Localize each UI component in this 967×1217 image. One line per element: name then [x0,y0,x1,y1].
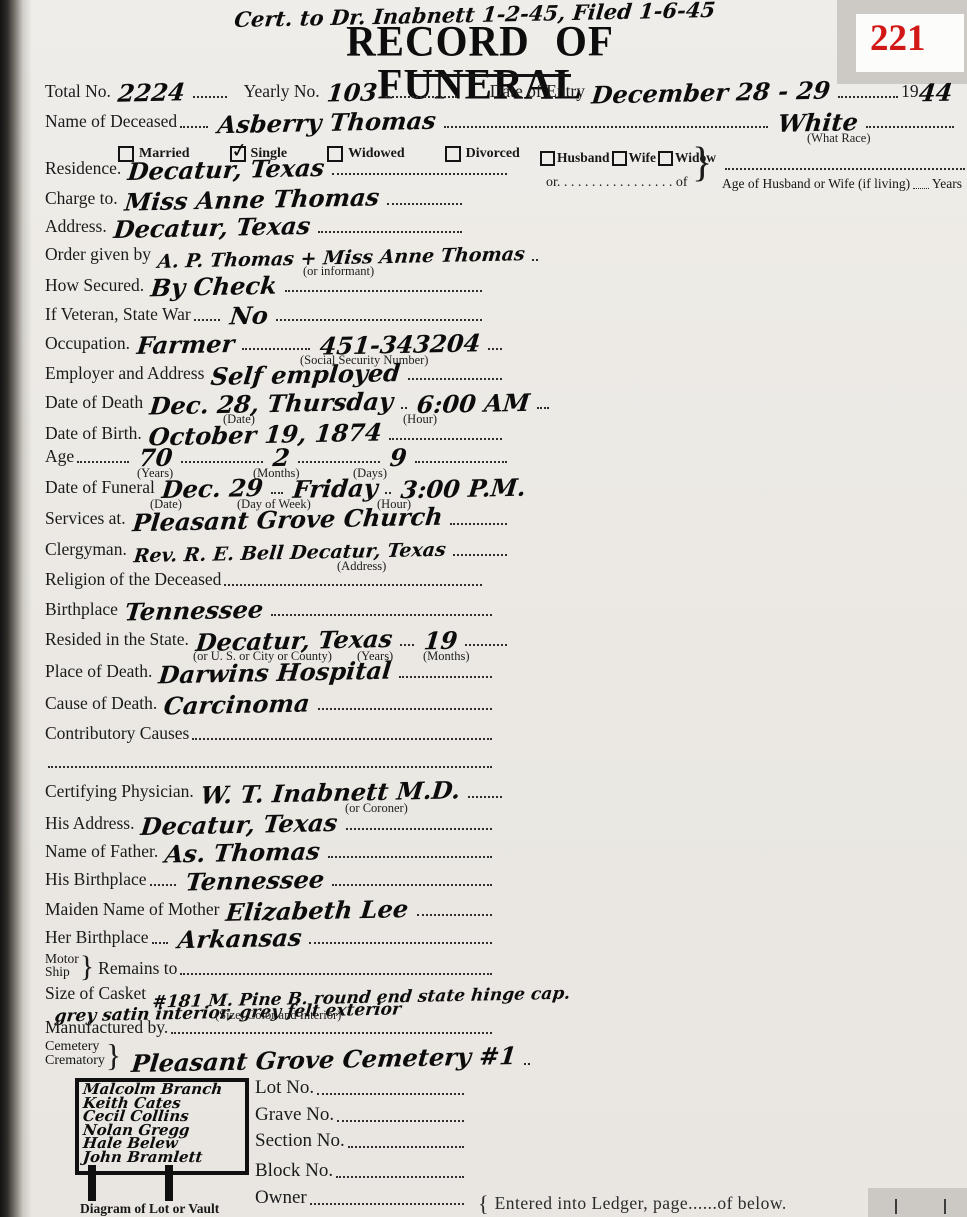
row-residence: Residence. Decatur, Texas [45,155,510,181]
age-label: Age [45,446,74,469]
section-no-label: Section No. [255,1130,345,1154]
birthplace-value: Tennessee [124,598,265,625]
row-continuation-line [45,748,495,774]
leader-dots [415,461,507,463]
cemetery-value: Pleasant Grove Cemetery #1 [131,1044,518,1076]
lot-no-label: Lot No. [255,1077,314,1101]
ledger-brace: { [478,1193,489,1215]
leader-dots [913,188,929,189]
row-occupation: Occupation. Farmer 451-343204 (Social Se… [45,330,505,356]
leader-dots [399,676,492,678]
row-section-no: Section No. [255,1128,467,1154]
date-of-funeral-label: Date of Funeral [45,477,155,500]
name-of-deceased-value: Asberry Thomas [217,109,438,138]
leader-dots [336,1176,464,1178]
place-of-death-value: Darwins Hospital [158,659,393,688]
cemetery-brace: } [106,1042,121,1069]
row-mother: Maiden Name of Mother Elizabeth Lee [45,896,495,922]
row-place-of-death: Place of Death. Darwins Hospital [45,658,495,684]
clergyman-value: Rev. R. E. Bell Decatur, Texas [132,541,446,567]
leader-dots [348,1146,464,1148]
leader-dots [385,96,457,98]
leader-dots [192,738,492,740]
row-block-no: Block No. [255,1158,467,1184]
employer-label: Employer and Address [45,363,204,386]
diagram-leg-left [88,1165,96,1201]
leader-dots [318,231,462,233]
mother-label: Maiden Name of Mother [45,899,219,922]
casket-label: Size of Casket [45,983,146,1006]
cemetery-label: Cemetery [45,1040,105,1054]
his-address-value: Decatur, Texas [140,811,339,839]
yearly-no-value: 103 [325,80,378,105]
crematory-label: Crematory [45,1054,105,1068]
how-secured-value: By Check [150,274,278,301]
leader-dots [400,644,414,646]
husband-checkbox [540,151,555,166]
row-cause-of-death: Cause of Death. Carcinoma [45,690,495,716]
order-given-by-label: Order given by [45,244,151,267]
diagram-name: John Bramlett [82,1151,241,1165]
leader-dots [328,856,492,858]
leader-dots [465,644,507,646]
leader-dots [181,461,264,463]
wife-checkbox [612,151,627,166]
row-father-birthplace: His Birthplace Tennessee [45,866,495,892]
leader-dots [332,884,492,886]
row-date-of-death: Date of Death Dec. 28, Thursday 6:00 AM … [45,389,505,415]
leader-dots [317,1093,464,1095]
leader-dots [285,290,482,292]
year-prefix: 19 [901,81,919,104]
date-of-entry-value: December 28 - 29 [591,79,832,108]
leader-dots [309,942,492,944]
motor-ship-stack: Motor Ship [45,952,79,981]
date-of-death-value: Dec. 28, Thursday [149,389,395,418]
scan-tick [944,1199,946,1214]
row-his-address: His Address. Decatur, Texas [45,810,495,836]
row-order-given-by: Order given by A. P. Thomas + Miss Anne … [45,241,505,267]
services-at-label: Services at. [45,508,126,531]
leader-dots [150,884,176,886]
birthplace-label: Birthplace [45,599,118,622]
leader-dots [318,708,492,710]
charge-to-label: Charge to. [45,188,118,211]
husband-label: Husband [557,150,610,166]
spouse-age-label: Age of Husband or Wife (if living) [722,176,910,192]
block-no-label: Block No. [255,1160,333,1184]
services-at-value: Pleasant Grove Church [131,505,444,535]
row-mother-birthplace: Her Birthplace Arkansas [45,924,495,950]
remains-to-label: Remains to [98,958,177,981]
ledger-text: Entered into Ledger, page......of below. [495,1193,787,1214]
remains-brace: } [80,954,94,980]
employer-value: Self employed [210,361,402,389]
row-religion: Religion of the Deceased [45,566,485,592]
leader-dots [387,203,462,205]
leader-dots [537,407,549,409]
leader-dots [346,828,492,830]
row-veteran: If Veteran, State War No [45,301,485,327]
veteran-label: If Veteran, State War [45,304,191,327]
clergyman-label: Clergyman. [45,539,127,562]
religion-label: Religion of the Deceased [45,569,221,592]
leader-dots [194,319,220,321]
row-father: Name of Father. As. Thomas [45,838,495,864]
spouse-years-label: Years [932,176,962,192]
total-no-label: Total No. [45,81,111,104]
row-date-of-funeral: Date of Funeral Dec. 29 Friday 3:00 P.M.… [45,474,510,500]
leader-dots [77,461,129,463]
address-value: Decatur, Texas [112,214,311,242]
total-no-value: 2224 [117,80,186,105]
date-of-entry-label: Date of Entry [490,81,585,104]
residence-label: Residence. [45,158,121,181]
row-owner: Owner [255,1185,467,1211]
leader-dots [193,96,227,98]
row-physician: Certifying Physician. W. T. Inabnett M.D… [45,778,505,804]
leader-dots [468,796,502,798]
title-underline [413,74,571,77]
row-total-no: Total No. 2224 Yearly No. 103 Date of En… [45,78,957,104]
leader-dots [180,973,492,975]
leader-dots [389,438,502,440]
diagram-of-lot-box: Malcolm Branch Keith Cates Cecil Collins… [75,1078,249,1175]
row-address: Address. Decatur, Texas [45,213,465,239]
ledger-note: { Entered into Ledger, page......of belo… [478,1193,787,1215]
funeral-record-page: Cert. to Dr. Inabnett 1-2-45, Filed 1-6-… [0,0,967,1217]
charge-to-value: Miss Anne Thomas [123,185,380,214]
residence-value: Decatur, Texas [127,156,326,184]
row-age: Age 70 2 9 (Years) (Months) (Days) [45,443,510,469]
physician-value: W. T. Inabnett M.D. [199,778,461,807]
row-resided: Resided in the State. Decatur, Texas 19 … [45,626,510,652]
age-days-value: 9 [389,446,408,470]
race-sublabel: (What Race) [807,131,871,146]
diagram-leg-right [165,1165,173,1201]
leader-dots [48,766,492,768]
year-value: 44 [917,81,953,106]
leader-dots [337,1120,464,1122]
occupation-value: Farmer [136,332,236,358]
checkbox-husband: Husband [540,150,610,166]
row-cemetery: Cemetery Crematory } Pleasant Grove Ceme… [45,1040,500,1071]
funeral-hour-value: 3:00 P.M. [400,476,527,503]
leader-dots [180,126,208,128]
row-name-of-deceased: Name of Deceased Asberry Thomas White (W… [45,108,957,134]
address-label: Address. [45,216,107,239]
leader-dots [276,319,482,321]
row-contributory: Contributory Causes [45,720,495,746]
leader-dots [401,407,407,409]
leader-dots [224,584,482,586]
spouse-brace: } [692,146,712,182]
leader-dots [524,1063,530,1065]
leader-dots [450,523,507,525]
name-of-deceased-label: Name of Deceased [45,111,177,134]
spouse-dotted-line [725,152,965,170]
physician-label: Certifying Physician. [45,781,194,804]
row-charge-to: Charge to. Miss Anne Thomas [45,185,465,211]
row-employer: Employer and Address Self employed [45,360,505,386]
row-services-at: Services at. Pleasant Grove Church [45,505,510,531]
row-remains-to: Motor Ship } Remains to [45,952,495,981]
row-grave-no: Grave No. [255,1102,467,1128]
leader-dots [271,614,492,616]
date-of-death-label: Date of Death [45,392,143,415]
owner-label: Owner [255,1187,307,1211]
leader-dots [408,378,502,380]
leader-dots [310,1203,464,1205]
cause-of-death-label: Cause of Death. [45,693,157,716]
cemetery-stack: Cemetery Crematory [45,1040,105,1071]
page-number: 221 [856,14,964,57]
leader-dots [242,348,309,350]
yearly-no-label: Yearly No. [244,81,320,104]
leader-dots [332,173,507,175]
spouse-section: Husband Wife Widow or. . . . . . . . . .… [540,150,965,191]
ship-label: Ship [45,965,79,978]
occupation-label: Occupation. [45,333,130,356]
leader-dots [152,942,168,944]
widow-checkbox [658,151,673,166]
mother-value: Elizabeth Lee [225,897,410,925]
row-birthplace: Birthplace Tennessee [45,596,495,622]
veteran-value: No [228,304,268,329]
scan-edge-shadow [0,0,32,1217]
leader-dots [298,461,381,463]
row-how-secured: How Secured. By Check [45,272,485,298]
leader-dots [532,259,538,261]
resided-label: Resided in the State. [45,629,189,652]
leader-dots [866,126,954,128]
mother-birthplace-label: Her Birthplace [45,927,149,950]
his-address-label: His Address. [45,813,134,836]
scan-tick [895,1199,897,1214]
page-number-patch: 221 [856,14,964,72]
leader-dots [488,348,502,350]
diagram-caption: Diagram of Lot or Vault [80,1201,219,1217]
how-secured-label: How Secured. [45,275,144,298]
spouse-age-line: Age of Husband or Wife (if living) Years [722,176,962,192]
row-lot-no: Lot No. [255,1075,467,1101]
place-of-death-label: Place of Death. [45,661,152,684]
mother-birthplace-value: Arkansas [176,926,302,953]
father-label: Name of Father. [45,841,158,864]
grave-no-label: Grave No. [255,1104,334,1128]
leader-dots [271,492,283,494]
leader-dots [385,492,391,494]
leader-dots [453,554,507,556]
wife-label: Wife [629,150,657,166]
row-clergyman: Clergyman. Rev. R. E. Bell Decatur, Texa… [45,536,510,562]
leader-dots [838,96,898,98]
leader-dots [417,914,492,916]
contributory-label: Contributory Causes [45,723,189,746]
scan-bottom-shade [868,1188,967,1217]
father-birthplace-value: Tennessee [184,868,325,895]
father-value: As. Thomas [164,839,321,866]
cause-of-death-value: Carcinoma [163,691,311,718]
leader-dots [171,1032,492,1034]
leader-dots [444,126,768,128]
father-birthplace-label: His Birthplace [45,869,147,892]
checkbox-wife: Wife [612,150,657,166]
